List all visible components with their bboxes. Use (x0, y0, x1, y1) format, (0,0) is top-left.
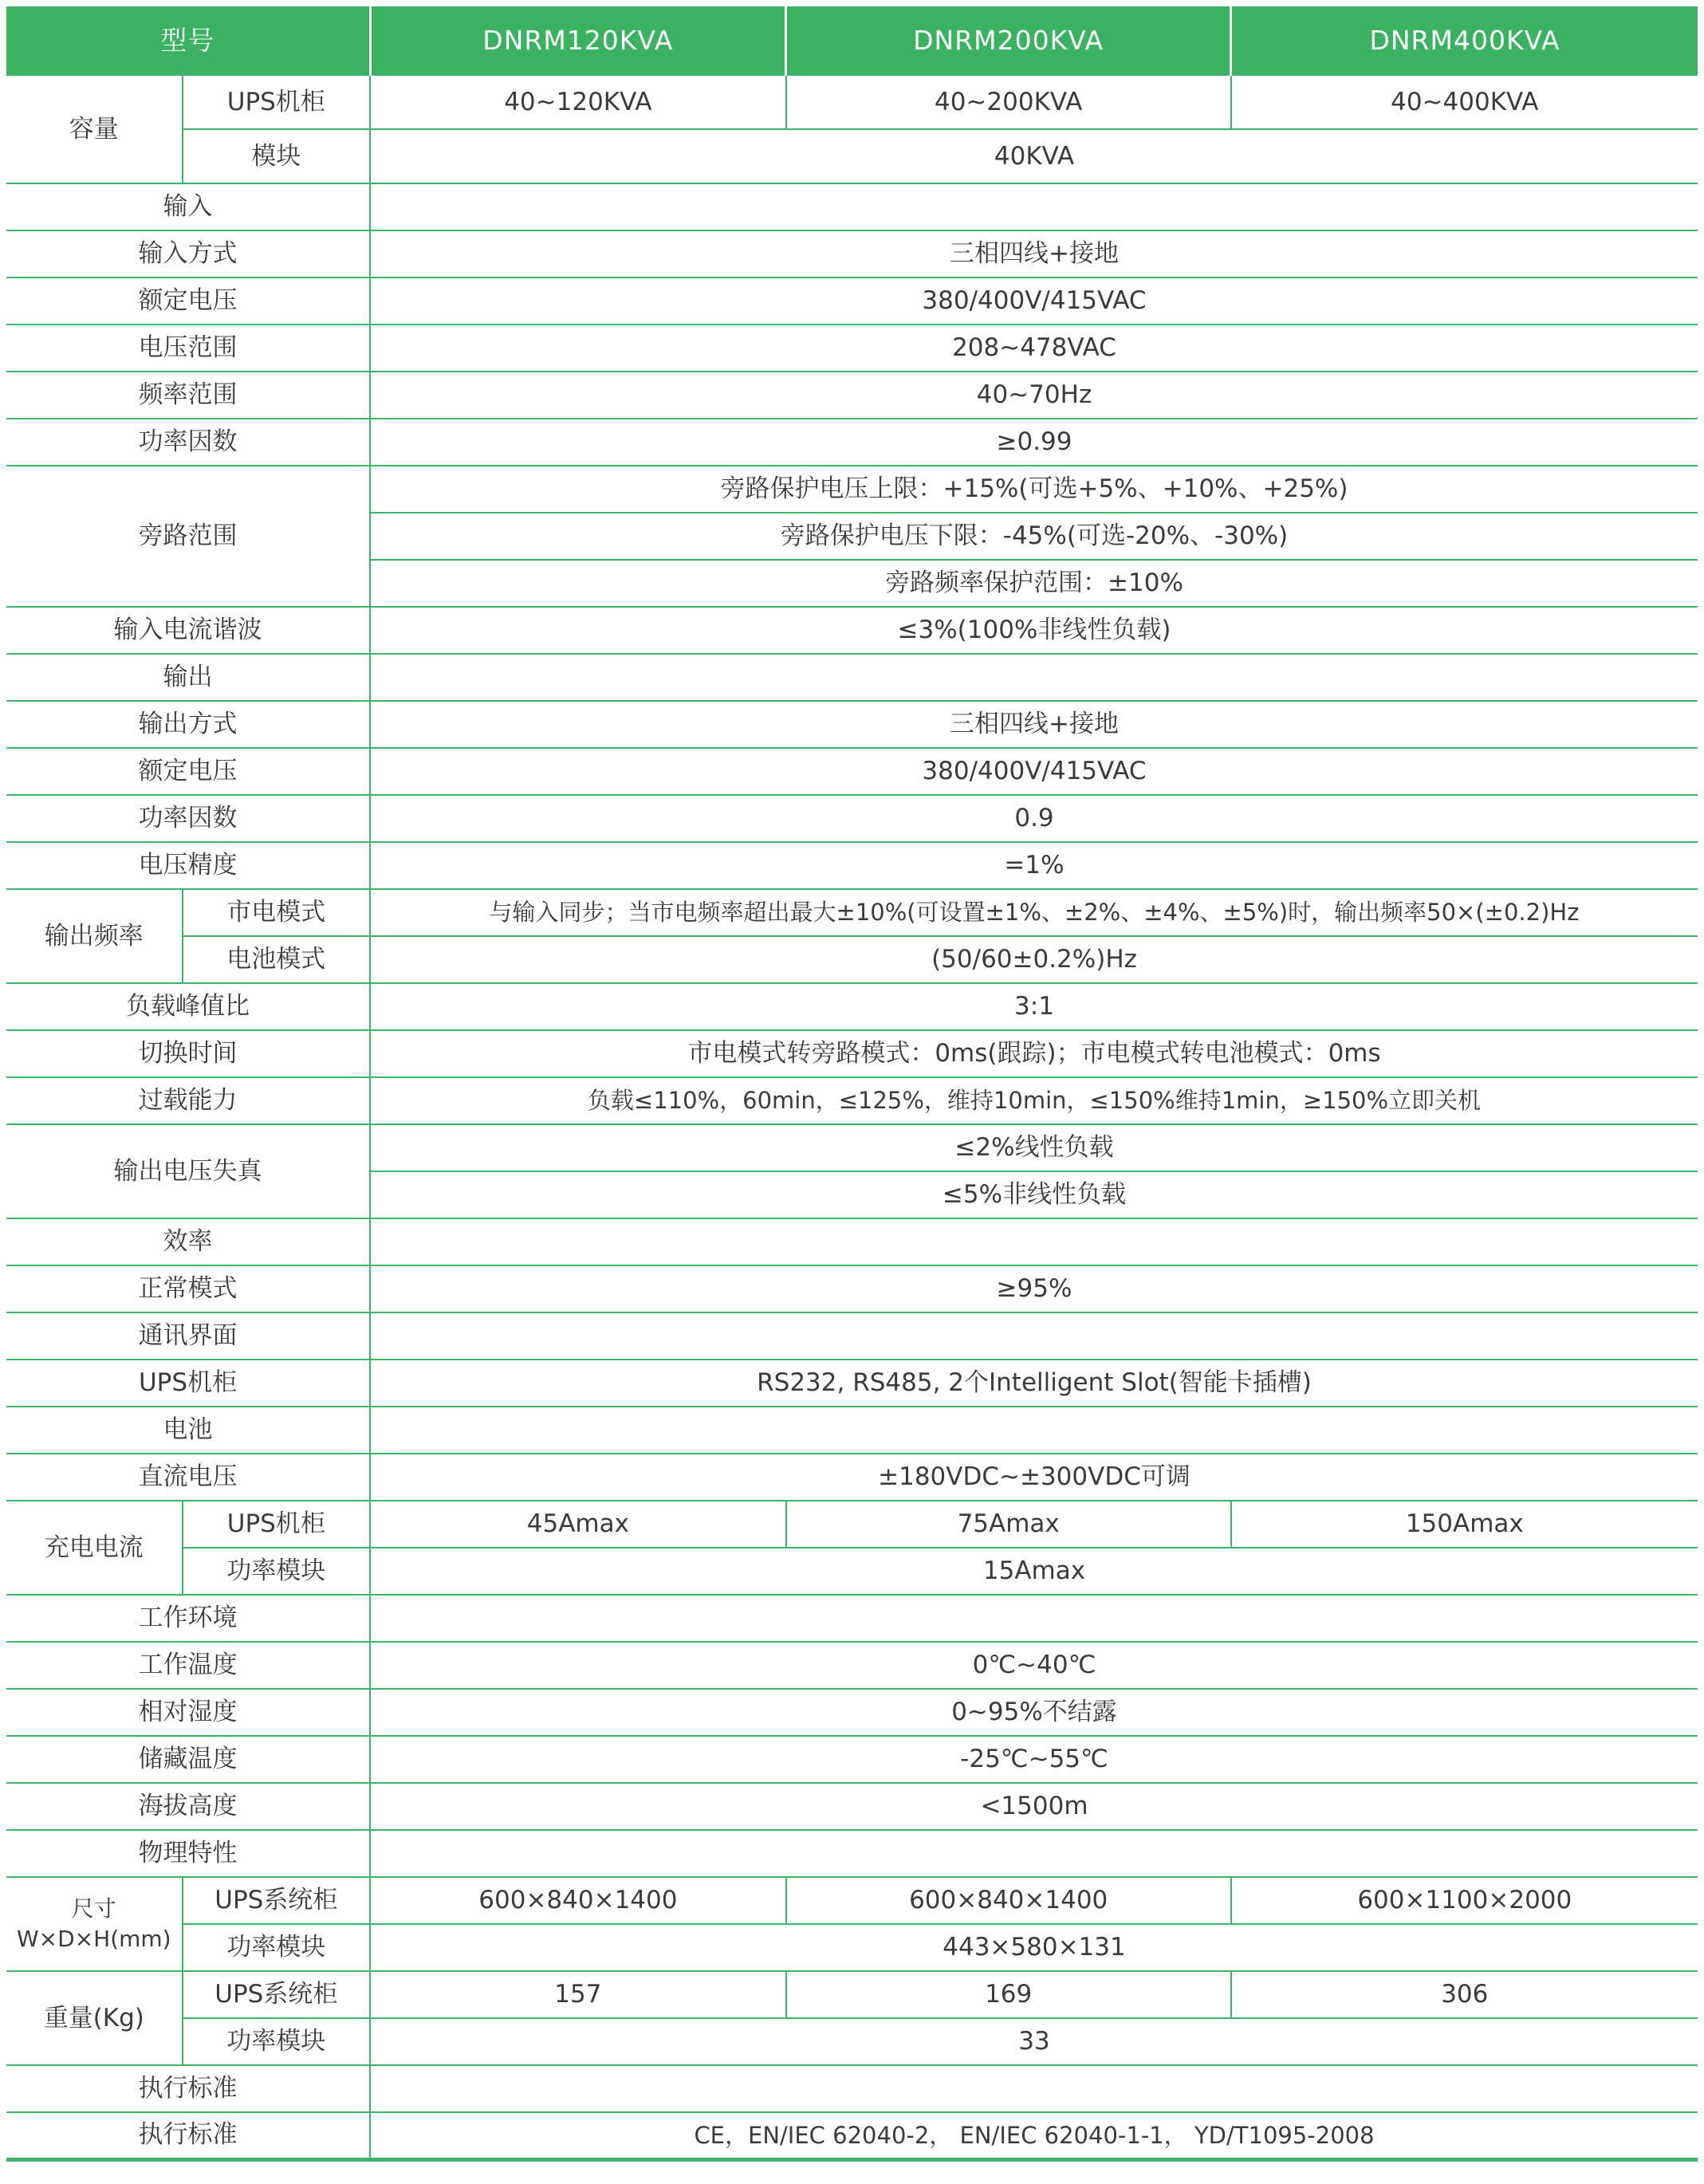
spec-row: 输出频率市电模式与输入同步；当市电频率超出最大±10%(可设置±1%、±2%、±… (6, 889, 1698, 936)
value-cell: 旁路频率保护范围：±10% (370, 560, 1698, 607)
spec-row: 额定电压380/400V/415VAC (6, 277, 1698, 325)
spec-row: 容量UPS机柜40~120KVA40~200KVA40~400KVA (6, 75, 1698, 129)
spec-row: 海拔高度<1500m (6, 1783, 1698, 1830)
row-label: 额定电压 (6, 748, 370, 795)
value-cell: 380/400V/415VAC (370, 277, 1698, 325)
spec-row: 模块40KVA (6, 129, 1698, 183)
ups-spec-table: 型号DNRM120KVADNRM200KVADNRM400KVA容量UPS机柜4… (6, 6, 1698, 2162)
row-label: 电压范围 (6, 325, 370, 372)
value-cell: 169 (786, 1971, 1231, 2018)
row-label: 工作温度 (6, 1642, 370, 1689)
spec-row: 充电电流UPS机柜45Amax75Amax150Amax (6, 1501, 1698, 1548)
spec-row: 型号DNRM120KVADNRM200KVADNRM400KVA (6, 6, 1698, 75)
spec-row: UPS机柜RS232, RS485, 2个Intelligent Slot(智能… (6, 1360, 1698, 1407)
spec-row: 执行标准 (6, 2065, 1698, 2112)
row-label: UPS机柜 (6, 1360, 370, 1407)
spec-row: 效率 (6, 1218, 1698, 1265)
value-cell: 旁路保护电压上限：+15%(可选+5%、+10%、+25%) (370, 466, 1698, 513)
row-label: 执行标准 (6, 2065, 370, 2112)
value-cell: 380/400V/415VAC (370, 748, 1698, 795)
row-label: 物理特性 (6, 1830, 370, 1877)
value-cell: 3:1 (370, 983, 1698, 1030)
empty-value-cell (370, 2065, 1698, 2112)
spec-row: 输入方式三相四线+接地 (6, 230, 1698, 277)
header-model-cell: DNRM120KVA (370, 6, 786, 75)
row-label: 正常模式 (6, 1265, 370, 1312)
row-label: 旁路范围 (6, 466, 370, 607)
spec-row: 尺寸 W×D×H(mm)UPS系统柜600×840×1400600×840×14… (6, 1877, 1698, 1924)
spec-row: 储藏温度-25℃~55℃ (6, 1736, 1698, 1783)
spec-row: 输出方式三相四线+接地 (6, 701, 1698, 748)
header-model-cell: DNRM400KVA (1231, 6, 1698, 75)
row-label: 相对湿度 (6, 1689, 370, 1736)
spec-row: 额定电压380/400V/415VAC (6, 748, 1698, 795)
value-cell: 三相四线+接地 (370, 701, 1698, 748)
sublabel-cell: 功率模块 (183, 2018, 370, 2065)
spec-row: 过载能力负载≤110%，60min，≤125%，维持10min，≤150%维持1… (6, 1077, 1698, 1124)
spec-row: 功率因数0.9 (6, 795, 1698, 842)
spec-row: 电池模式(50/60±0.2%)Hz (6, 936, 1698, 983)
value-cell: CE，EN/IEC 62040-2， EN/IEC 62040-1-1， YD/… (370, 2112, 1698, 2159)
sublabel-cell: UPS系统柜 (183, 1971, 370, 2018)
category-cell: 输出频率 (6, 889, 183, 983)
spec-row: 功率模块15Amax (6, 1548, 1698, 1595)
row-label: 功率因数 (6, 419, 370, 466)
spec-row: 工作温度0℃~40℃ (6, 1642, 1698, 1689)
value-cell: ≥95% (370, 1265, 1698, 1312)
value-cell: 40~400KVA (1231, 75, 1698, 129)
value-cell: =1% (370, 842, 1698, 889)
value-cell: ≤5%非线性负载 (370, 1171, 1698, 1218)
sublabel-cell: 模块 (183, 129, 370, 183)
value-cell: ≤2%线性负载 (370, 1124, 1698, 1171)
row-label: 负载峰值比 (6, 983, 370, 1030)
value-cell: 市电模式转旁路模式：0ms(跟踪)；市电模式转电池模式：0ms (370, 1030, 1698, 1077)
empty-value-cell (370, 1830, 1698, 1877)
spec-row: 通讯界面 (6, 1312, 1698, 1360)
empty-value-cell (370, 183, 1698, 230)
sublabel-cell: 电池模式 (183, 936, 370, 983)
value-cell: ±180VDC~±300VDC可调 (370, 1454, 1698, 1501)
empty-value-cell (370, 1595, 1698, 1642)
value-cell: 208~478VAC (370, 325, 1698, 372)
spec-row: 功率模块33 (6, 2018, 1698, 2065)
row-label: 工作环境 (6, 1595, 370, 1642)
page: 型号DNRM120KVADNRM200KVADNRM400KVA容量UPS机柜4… (0, 0, 1704, 2162)
row-label: 输入 (6, 183, 370, 230)
sublabel-cell: 功率模块 (183, 1924, 370, 1971)
header-model-cell: DNRM200KVA (786, 6, 1231, 75)
value-cell: (50/60±0.2%)Hz (370, 936, 1698, 983)
row-label: 功率因数 (6, 795, 370, 842)
spec-row: 物理特性 (6, 1830, 1698, 1877)
spec-table-body: 型号DNRM120KVADNRM200KVADNRM400KVA容量UPS机柜4… (6, 6, 1698, 2159)
empty-value-cell (370, 1312, 1698, 1360)
value-cell: 150Amax (1231, 1501, 1698, 1548)
spec-row: 电压精度=1% (6, 842, 1698, 889)
value-cell: 15Amax (370, 1548, 1698, 1595)
spec-row: 负载峰值比3:1 (6, 983, 1698, 1030)
value-cell: 157 (370, 1971, 786, 2018)
value-cell: -25℃~55℃ (370, 1736, 1698, 1783)
spec-row: 频率范围40~70Hz (6, 372, 1698, 419)
spec-row: 输入电流谐波≤3%(100%非线性负载) (6, 607, 1698, 654)
category-cell: 重量(Kg) (6, 1971, 183, 2065)
value-cell: ≤3%(100%非线性负载) (370, 607, 1698, 654)
row-label: 频率范围 (6, 372, 370, 419)
sublabel-cell: UPS机柜 (183, 1501, 370, 1548)
spec-row: 功率因数≥0.99 (6, 419, 1698, 466)
empty-value-cell (370, 1407, 1698, 1454)
row-label: 通讯界面 (6, 1312, 370, 1360)
value-cell: 40~120KVA (370, 75, 786, 129)
spec-row: 重量(Kg)UPS系统柜157169306 (6, 1971, 1698, 2018)
row-label: 额定电压 (6, 277, 370, 325)
value-cell: 600×840×1400 (786, 1877, 1231, 1924)
category-cell: 充电电流 (6, 1501, 183, 1595)
value-cell: 40~200KVA (786, 75, 1231, 129)
sublabel-cell: 市电模式 (183, 889, 370, 936)
spec-row: 相对湿度0~95%不结露 (6, 1689, 1698, 1736)
value-cell: 0℃~40℃ (370, 1642, 1698, 1689)
value-cell: 40~70Hz (370, 372, 1698, 419)
value-cell: 45Amax (370, 1501, 786, 1548)
value-cell: 40KVA (370, 129, 1698, 183)
spec-row: 电压范围208~478VAC (6, 325, 1698, 372)
value-cell: 75Amax (786, 1501, 1231, 1548)
spec-row: 输出电压失真≤2%线性负载 (6, 1124, 1698, 1171)
spec-row: 功率模块443×580×131 (6, 1924, 1698, 1971)
spec-row: 旁路范围旁路保护电压上限：+15%(可选+5%、+10%、+25%) (6, 466, 1698, 513)
value-cell: 三相四线+接地 (370, 230, 1698, 277)
spec-row: 电池 (6, 1407, 1698, 1454)
spec-row: 工作环境 (6, 1595, 1698, 1642)
value-cell: 0~95%不结露 (370, 1689, 1698, 1736)
row-label: 执行标准 (6, 2112, 370, 2159)
value-cell: 33 (370, 2018, 1698, 2065)
sublabel-cell: 功率模块 (183, 1548, 370, 1595)
sublabel-cell: UPS机柜 (183, 75, 370, 129)
spec-row: 正常模式≥95% (6, 1265, 1698, 1312)
value-cell: 443×580×131 (370, 1924, 1698, 1971)
sublabel-cell: UPS系统柜 (183, 1877, 370, 1924)
value-cell: 0.9 (370, 795, 1698, 842)
spec-row: 切换时间市电模式转旁路模式：0ms(跟踪)；市电模式转电池模式：0ms (6, 1030, 1698, 1077)
row-label: 效率 (6, 1218, 370, 1265)
header-label-cell: 型号 (6, 6, 370, 75)
row-label: 海拔高度 (6, 1783, 370, 1830)
row-label: 输出方式 (6, 701, 370, 748)
empty-value-cell (370, 654, 1698, 701)
category-cell: 尺寸 W×D×H(mm) (6, 1877, 183, 1971)
value-cell: 600×1100×2000 (1231, 1877, 1698, 1924)
spec-row: 输出 (6, 654, 1698, 701)
category-cell: 容量 (6, 75, 183, 183)
row-label: 输入方式 (6, 230, 370, 277)
row-label: 过载能力 (6, 1077, 370, 1124)
row-label: 切换时间 (6, 1030, 370, 1077)
row-label: 电池 (6, 1407, 370, 1454)
value-cell: 306 (1231, 1971, 1698, 2018)
row-label: 输出电压失真 (6, 1124, 370, 1218)
value-cell: <1500m (370, 1783, 1698, 1830)
spec-row: 直流电压±180VDC~±300VDC可调 (6, 1454, 1698, 1501)
value-cell: 负载≤110%，60min，≤125%，维持10min，≤150%维持1min，… (370, 1077, 1698, 1124)
value-cell: RS232, RS485, 2个Intelligent Slot(智能卡插槽) (370, 1360, 1698, 1407)
value-cell: 旁路保护电压下限：-45%(可选-20%、-30%) (370, 513, 1698, 560)
row-label: 储藏温度 (6, 1736, 370, 1783)
row-label: 电压精度 (6, 842, 370, 889)
value-cell: 600×840×1400 (370, 1877, 786, 1924)
row-label: 输入电流谐波 (6, 607, 370, 654)
spec-row: 输入 (6, 183, 1698, 230)
value-cell: ≥0.99 (370, 419, 1698, 466)
row-label: 直流电压 (6, 1454, 370, 1501)
row-label: 输出 (6, 654, 370, 701)
spec-row: 执行标准CE，EN/IEC 62040-2， EN/IEC 62040-1-1，… (6, 2112, 1698, 2159)
value-cell: 与输入同步；当市电频率超出最大±10%(可设置±1%、±2%、±4%、±5%)时… (370, 889, 1698, 936)
empty-value-cell (370, 1218, 1698, 1265)
